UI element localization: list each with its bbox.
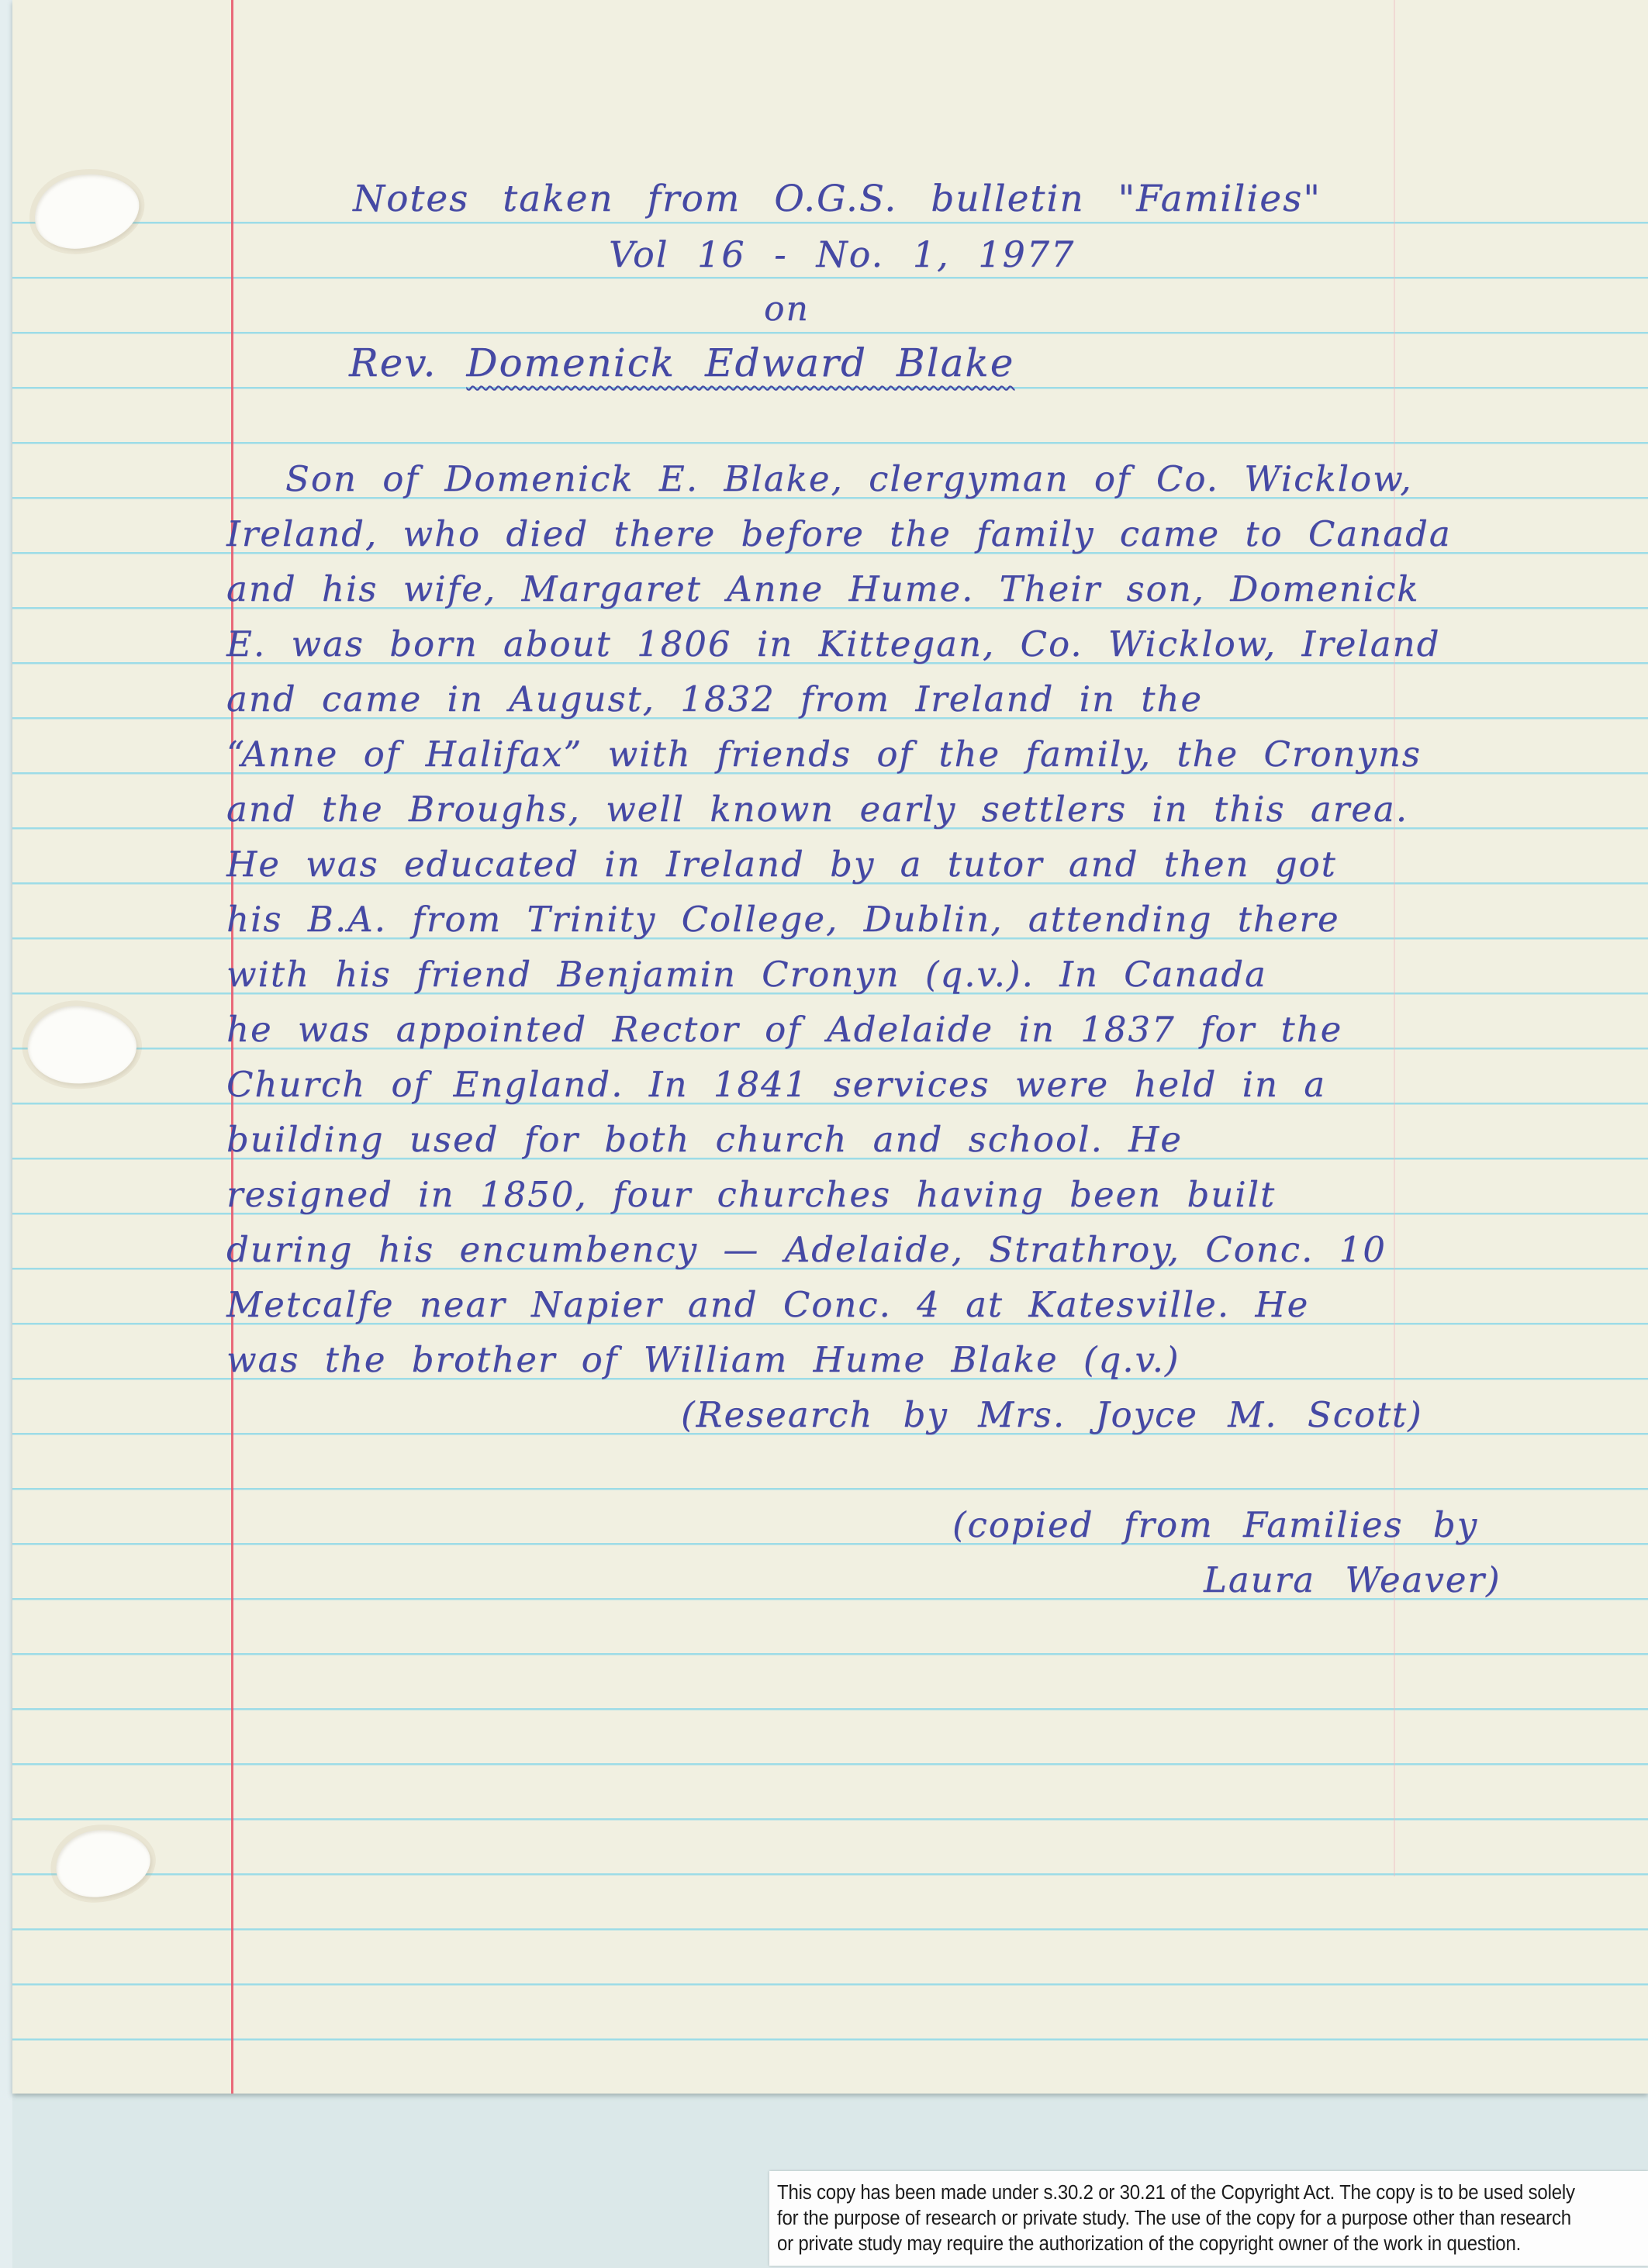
- subject-heading-name: Domenick Edward Blake: [466, 340, 1014, 385]
- handwriting-line: during his encumbency — Adelaide, Strath…: [226, 1225, 1387, 1275]
- copied-credit-line-1: (copied from Families by: [952, 1500, 1478, 1550]
- title-line-1: Notes taken from O.G.S. bulletin "Famili…: [353, 174, 1322, 224]
- subject-heading-prefix: Rev.: [349, 340, 437, 385]
- handwriting-line: with his friend Benjamin Cronyn (q.v.). …: [226, 950, 1267, 999]
- handwriting-line: He was educated in Ireland by a tutor an…: [226, 840, 1337, 889]
- copyright-line: or private study may require the authori…: [777, 2230, 1648, 2258]
- handwriting-line: resigned in 1850, four churches having b…: [226, 1170, 1276, 1220]
- subject-heading: Rev. Domenick Edward Blake: [349, 338, 1014, 388]
- scanner-edge-strip: [0, 0, 12, 2268]
- handwriting-line: was the brother of William Hume Blake (q…: [226, 1335, 1180, 1385]
- handwriting-line: “Anne of Halifax” with friends of the fa…: [226, 730, 1422, 779]
- handwriting-line: his B.A. from Trinity College, Dublin, a…: [226, 895, 1340, 944]
- handwriting-line: Ireland, who died there before the famil…: [226, 509, 1452, 559]
- handwriting-line: and his wife, Margaret Anne Hume. Their …: [226, 564, 1420, 614]
- handwriting-line: and came in August, 1832 from Ireland in…: [226, 675, 1203, 724]
- handwriting-line: E. was born about 1806 in Kittegan, Co. …: [226, 620, 1440, 669]
- handwriting-line: Son of Domenick E. Blake, clergyman of C…: [285, 454, 1413, 504]
- copyright-line: for the purpose of research or private s…: [777, 2204, 1648, 2232]
- scanned-page: Notes taken from O.G.S. bulletin "Famili…: [0, 0, 1648, 2268]
- research-credit: (Research by Mrs. Joyce M. Scott): [681, 1390, 1423, 1440]
- handwriting-line: and the Broughs, well known early settle…: [226, 785, 1408, 834]
- copied-credit-line-2: Laura Weaver): [1204, 1555, 1501, 1605]
- handwriting-line: Church of England. In 1841 services were…: [226, 1060, 1326, 1110]
- handwriting-line: he was appointed Rector of Adelaide in 1…: [226, 1005, 1342, 1055]
- title-line-3: on: [764, 285, 810, 334]
- handwriting-line: Metcalfe near Napier and Conc. 4 at Kate…: [226, 1280, 1309, 1330]
- handwriting-line: building used for both church and school…: [226, 1115, 1183, 1165]
- copyright-line: This copy has been made under s.30.2 or …: [777, 2179, 1648, 2207]
- copyright-notice: This copy has been made under s.30.2 or …: [769, 2171, 1648, 2266]
- title-line-2: Vol 16 - No. 1, 1977: [609, 230, 1075, 279]
